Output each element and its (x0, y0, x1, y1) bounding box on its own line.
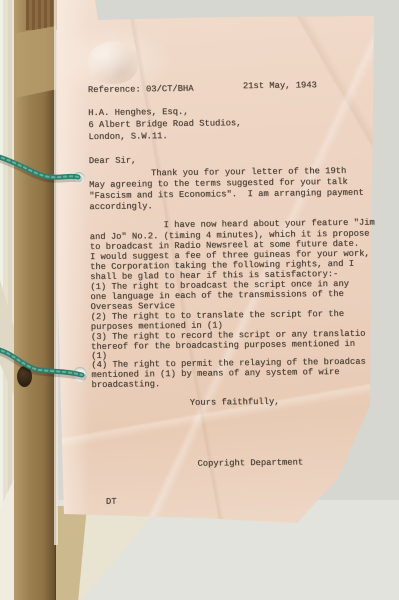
letter-line-reference: Reference: 03/CT/BHA (88, 85, 194, 95)
letter-line-body: one language in each of the transmission… (90, 290, 343, 302)
letter-line-salutation: Dear Sir, (89, 156, 137, 165)
letter-line-signature: Copyright Department (197, 458, 303, 468)
letter-line-recipient: H.A. Henghes, Esq., (88, 108, 188, 118)
letter-text-lines: Reference: 03/CT/BHA21st May, 1943H.A. H… (0, 0, 399, 600)
letter-line-date: 21st May, 1943 (243, 81, 317, 91)
letter-line-body: accordingly. (89, 202, 152, 212)
letter-line-body: broadcasting. (91, 380, 160, 390)
letter-line-body: "Fascism and its Economics". I am arrang… (89, 189, 364, 201)
letter-line-recipient: London, S.W.11. (88, 132, 167, 142)
archive-photo: Reference: 03/CT/BHA21st May, 1943H.A. H… (0, 0, 399, 600)
letter-line-initials: DT (106, 498, 117, 507)
letter-line-recipient: 6 Albert Bridge Road Studios, (88, 119, 241, 130)
letter-line-body: thereof for the broadcasting purposes me… (91, 340, 355, 352)
letter-line-body: mentioned in (1) by means of any system … (91, 368, 339, 380)
letter-line-closing: Yours faithfully, (190, 398, 280, 408)
